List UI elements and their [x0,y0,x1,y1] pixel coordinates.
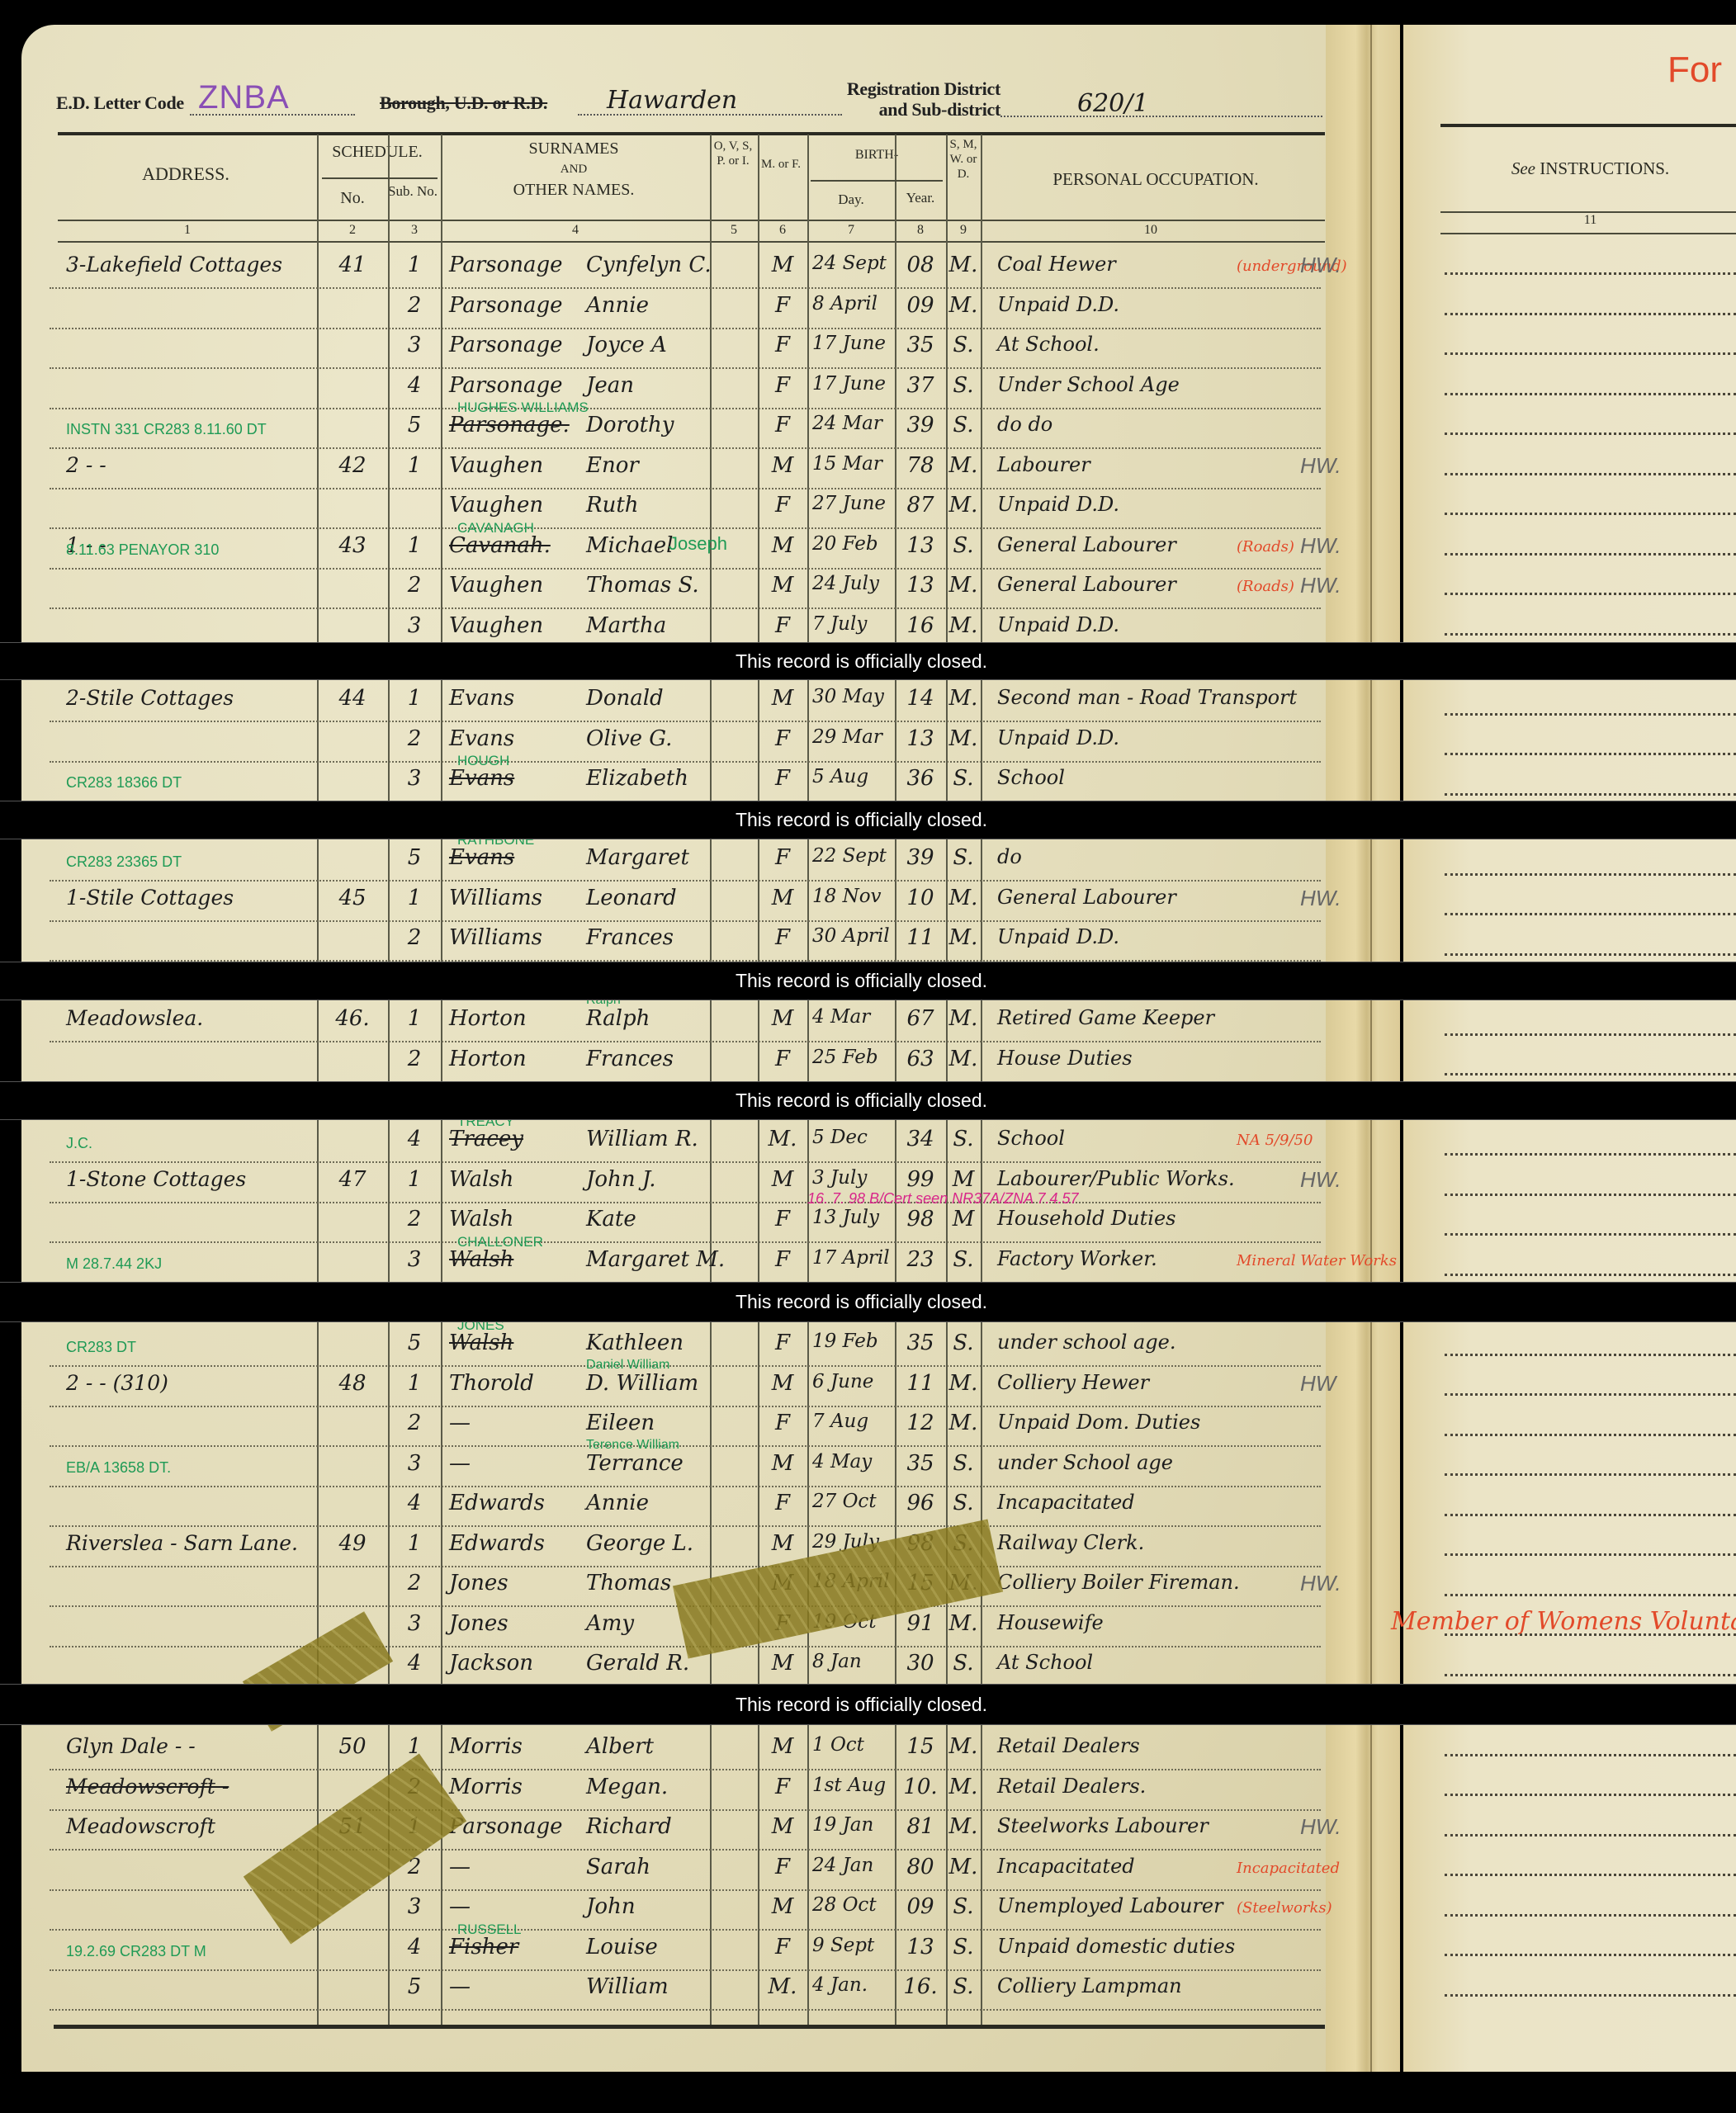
birth-day: 1 Oct [812,1734,864,1756]
occupation: Factory Worker. [997,1247,1157,1270]
col-header-surnames-2: AND [441,162,707,177]
forename: Frances [586,1047,674,1071]
right-page-line [1445,1994,1736,1997]
closed-record-bar: This record is officially closed. [0,642,1736,680]
surname: Evans [449,686,514,711]
closed-record-bar: This record is officially closed. [0,801,1736,839]
schedule-sub-number: 1 [388,1167,441,1192]
occupation: Unpaid D.D. [997,925,1119,948]
forename: D. William [586,1371,698,1396]
surname: Morris [449,1734,523,1759]
birth-day: 30 April [812,925,890,947]
table-row: Riverslea - Sarn Lane.491EdwardsGeorge L… [50,1526,1321,1567]
sex: M [758,686,807,711]
marital-status: M. [946,1006,981,1031]
forename: John J. [586,1167,656,1192]
right-page-line [1445,1794,1736,1796]
forename: Margaret [586,845,689,870]
occupation: Labourer/Public Works. [997,1167,1235,1190]
marital-status: M. [946,493,981,518]
occupation: General Labourer [997,573,1176,596]
surname: Morris [449,1775,523,1799]
closed-record-text: This record is officially closed. [736,1694,987,1715]
reg-district-label-2: and Sub-district [839,99,1000,120]
forename: Ruth [586,493,639,518]
marital-status: S. [946,1974,981,1999]
occupation: Retail Dealers [997,1734,1140,1757]
birth-year: 23 [895,1247,946,1272]
hw-mark: HW. [1300,886,1341,911]
col-header-birth: BIRTH- [807,147,946,163]
closed-record-text: This record is officially closed. [736,1090,987,1111]
sex: F [758,766,807,791]
right-page-line [1445,473,1736,475]
surname: Tracey [449,1127,523,1151]
margin-annotation: J.C. [66,1135,92,1152]
address-cell: 1-Stile Cottages [66,886,234,910]
table-row: 4JacksonGerald R.M8 Jan30S.At School [50,1646,1321,1687]
right-page-line [1445,1954,1736,1956]
schedule-subheader-rule [322,177,438,179]
right-page-line [1445,913,1736,915]
table-row: 2-Stile Cottages441EvansDonaldM30 May14M… [50,681,1321,722]
forename: Martha [586,613,666,638]
ed-code-dotted-line [190,114,355,116]
marital-status: S. [946,1247,981,1272]
table-row: 3—JohnM28 Oct09S.Unemployed Labourer(Ste… [50,1889,1321,1931]
hw-mark: HW. [1300,1167,1341,1193]
schedule-sub-number: 2 [388,1411,441,1435]
table-row: Meadowscroft511ParsonageRichardM19 Jan81… [50,1809,1321,1851]
occupation: Incapacitated [997,1855,1135,1878]
sex: M [758,453,807,478]
borough-value: Hawarden [607,86,737,115]
schedule-sub-number: 5 [388,1331,441,1355]
right-page-line [1445,1434,1736,1436]
marital-status: M. [946,726,981,751]
table-row: 4ParsonageJeanF17 June37S.Under School A… [50,368,1321,409]
birth-day: 20 Feb [812,533,878,555]
schedule-sub-number: 2 [388,1207,441,1231]
column-number-rule [58,241,1325,243]
birth-year: 13 [895,533,946,558]
surname: — [449,1451,471,1476]
schedule-sub-number: 2 [388,1571,441,1595]
birth-year: 96 [895,1491,946,1515]
right-page-line [1445,1514,1736,1516]
birth-year: 11 [895,1371,946,1396]
closed-record-bar: This record is officially closed. [0,962,1736,1000]
birth-year: 98 [895,1207,946,1231]
birth-day: 13 July [812,1207,879,1228]
schedule-sub-number: 5 [388,845,441,870]
occupation: Incapacitated [997,1491,1135,1514]
table-row: 2—EileenF7 Aug12M.Unpaid Dom. Duties [50,1406,1321,1447]
birth-day: 1st Aug [812,1775,886,1796]
schedule-sub-number: 1 [388,253,441,277]
occupation: Steelworks Labourer [997,1814,1209,1837]
sex: F [758,1855,807,1879]
address-cell: Meadowslea. [66,1006,203,1030]
birth-day: 5 Aug [812,766,868,787]
sex: M [758,1814,807,1839]
birth-year: 87 [895,493,946,518]
schedule-sub-number: 2 [388,726,441,751]
surname: Evans [449,726,514,751]
reg-district-label-1: Registration District [839,78,1000,99]
table-row: 2WalshKateF13 July98MHousehold Duties16.… [50,1202,1321,1243]
margin-annotation: INSTN 331 CR283 8.11.60 DT [66,421,267,438]
forename: Leonard [586,886,677,910]
ed-letter-code-stamp: ZNBA [198,79,290,116]
schedule-number: 48 [317,1371,388,1396]
birth-day: 24 Jan [812,1855,873,1876]
closed-record-text: This record is officially closed. [736,1291,987,1312]
forename: Donald [586,686,664,711]
forename: Olive G. [586,726,672,751]
marital-status: M. [946,253,981,277]
col-header-mf: M. or F. [758,157,804,172]
table-row: Glyn Dale - -501MorrisAlbertM1 Oct15M.Re… [50,1729,1321,1770]
header-bottom-rule [58,220,1325,221]
marital-status: M. [946,925,981,950]
sex: F [758,333,807,357]
column-number: 8 [895,223,946,238]
birth-year: 16. [895,1974,946,1999]
birth-correction: 16. 7. 98 B/Cert seen NR37A/ZNA 7.4.57 [807,1190,1079,1208]
column-number: 5 [710,223,758,238]
occupation: under School age [997,1451,1173,1474]
right-page-line [1445,1834,1736,1836]
schedule-sub-number: 1 [388,533,441,558]
table-row: M 28.7.44 2KJ3WalshCHALLONERMargaret M.F… [50,1242,1321,1283]
occupation: Unpaid D.D. [997,613,1119,636]
closed-record-bar: This record is officially closed. [0,1282,1736,1322]
schedule-number: 50 [317,1734,388,1759]
table-row: 2—SarahF24 Jan80M.IncapacitatedIncapacit… [50,1850,1321,1891]
schedule-sub-number: 2 [388,1047,441,1071]
closed-record-text: This record is officially closed. [736,650,987,672]
column-number: 9 [946,223,981,238]
birth-day: 7 Aug [812,1411,868,1432]
birth-subheader-rule [811,180,943,182]
birth-day: 17 June [812,333,886,354]
forename: Louise [586,1935,658,1959]
occupation: Unpaid D.D. [997,726,1119,749]
birth-day: 24 Mar [812,413,882,434]
birth-day: 27 Oct [812,1491,877,1512]
address-cell: 2 - - [66,453,106,477]
table-row: CR283 DT5WalshJONESKathleenF19 Feb35S.un… [50,1326,1321,1367]
sex: F [758,925,807,950]
birth-day: 30 May [812,686,884,707]
sex: M [758,1371,807,1396]
surname: Vaughen [449,493,543,518]
col-header-schedule: SCHEDULE. [317,142,438,162]
schedule-sub-number: 3 [388,1611,441,1636]
surname: Parsonage [449,293,563,318]
surname: Fisher [449,1935,518,1959]
surname: Parsonage [449,1814,563,1839]
marital-status: M. [946,573,981,598]
closed-record-text: This record is officially closed. [736,970,987,991]
sex: M [758,533,807,558]
table-row: 2EvansOlive G.F29 Mar13M.Unpaid D.D. [50,721,1321,763]
schedule-sub-number: 2 [388,293,441,318]
surname: Thorold [449,1371,534,1396]
hw-mark: HW. [1300,533,1341,559]
column-number: 7 [807,223,895,238]
right-page-line [1445,953,1736,956]
col-header-instructions: See INSTRUCTIONS. [1445,158,1736,179]
marital-status: M. [946,686,981,711]
birth-year: 99 [895,1167,946,1192]
forename: Thomas [586,1571,671,1595]
hw-mark: HW. [1300,573,1341,598]
surname: — [449,1974,471,1999]
address-cell: Meadowscroft - [66,1775,229,1799]
birth-year: 30 [895,1651,946,1676]
forename: Margaret M. [586,1247,725,1272]
surname: Evans [449,845,514,870]
surname: Jackson [449,1651,533,1676]
birth-day: 17 June [812,373,886,395]
right-page-line [1445,393,1736,395]
forename: Gerald R. [586,1651,689,1676]
sex: M [758,886,807,910]
occupation: Unpaid D.D. [997,493,1119,516]
table-row: Meadowslea.46.1HortonRalphRalphM4 Mar67M… [50,1001,1321,1042]
col-header-surnames-1: SURNAMES [441,139,707,158]
forename: Enor [586,453,639,478]
closed-record-bar: This record is officially closed. [0,1684,1736,1725]
birth-day: 17 April [812,1247,890,1269]
col-header-address: ADDRESS. [58,163,314,185]
forename: Terrance [586,1451,684,1476]
table-row: 2HortonFrancesF25 Feb63M.House Duties [50,1042,1321,1083]
right-table-top-rule [1440,124,1736,127]
forename: John [586,1894,636,1919]
birth-year: 11 [895,925,946,950]
forename: Kate [586,1207,636,1231]
birth-day: 27 June [812,493,886,514]
right-page-line [1445,1233,1736,1236]
sex: M [758,1651,807,1676]
birth-year: 13 [895,726,946,751]
forename: Amy [586,1611,634,1636]
sex: M [758,1894,807,1919]
margin-annotation: CR283 DT [66,1339,136,1356]
birth-year: 80 [895,1855,946,1879]
sex: M [758,573,807,598]
table-row: CR283 18366 DT3EvansHOUGHElizabethF5 Aug… [50,761,1321,802]
schedule-number: 47 [317,1167,388,1192]
marital-status: M. [946,293,981,318]
marital-status: S. [946,1894,981,1919]
schedule-sub-number: 3 [388,1247,441,1272]
table-row: 2WilliamsFrancesF30 April11M.Unpaid D.D. [50,920,1321,962]
marital-status: M. [946,1047,981,1071]
schedule-sub-number: 1 [388,1371,441,1396]
sex: M. [758,1974,807,1999]
right-page-line [1445,1674,1736,1676]
right-page-line [1445,873,1736,876]
schedule-number: 44 [317,686,388,711]
marital-status: S. [946,1127,981,1151]
marital-status: M [946,1167,981,1192]
schedule-number: 41 [317,253,388,277]
birth-year: 81 [895,1814,946,1839]
occupation-annotation: Incapacitated [1237,1860,1340,1877]
occupation-annotation: (Steelworks) [1237,1899,1332,1917]
surname: Walsh [449,1247,513,1272]
right-page-line [1445,1594,1736,1596]
marital-status: M. [946,613,981,638]
birth-day: 7 July [812,613,867,635]
margin-annotation: EB/A 13658 DT. [66,1459,171,1477]
table-row: 19.2.69 CR283 DT M4FisherRUSSELLLouiseF9… [50,1930,1321,1971]
forename: Cynfelyn C. [586,253,712,277]
occupation: Under School Age [997,373,1180,396]
address-cell: 3-Lakefield Cottages [66,253,282,277]
col-header-year: Year. [895,190,946,206]
birth-year: 63 [895,1047,946,1071]
sex: M. [758,1127,807,1151]
right-page-line [1445,272,1736,275]
table-row: 4EdwardsAnnieF27 Oct96S.Incapacitated [50,1486,1321,1527]
hw-mark: HW. [1300,453,1341,479]
forename: Annie [586,293,649,318]
surname: Walsh [449,1331,513,1355]
marital-status: S. [946,373,981,398]
marital-status: M. [946,1775,981,1799]
schedule-sub-number: 3 [388,613,441,638]
birth-day: 8 Jan [812,1651,862,1672]
table-row: 2VaughenThomas S.M24 July13M.General Lab… [50,568,1321,609]
occupation: Retail Dealers. [997,1775,1146,1798]
marital-status: S. [946,1451,981,1476]
occupation: Unpaid Dom. Duties [997,1411,1200,1434]
birth-year: 13 [895,573,946,598]
schedule-sub-number: 1 [388,686,441,711]
occupation: Household Duties [997,1207,1175,1230]
birth-day: 4 Mar [812,1006,870,1028]
right-page-line [1445,1914,1736,1917]
right-page-line [1445,1274,1736,1276]
right-page-line [1445,1194,1736,1196]
occupation: do [997,845,1022,868]
table-row: 2 - - (310)481ThoroldD. WilliamDaniel Wi… [50,1366,1321,1407]
birth-day: 5 Dec [812,1127,868,1148]
col-header-marital-status: S, M, W. or D. [949,137,977,182]
schedule-sub-number: 3 [388,333,441,357]
occupation: At School [997,1651,1093,1674]
sex: F [758,1491,807,1515]
birth-year: 10 [895,886,946,910]
marital-status: M. [946,1814,981,1839]
table-row: EB/A 13658 DT.3—TerranceTerence WilliamM… [50,1446,1321,1487]
forename: George L. [586,1531,693,1556]
forename: Ralph [586,1006,650,1031]
table-row: 1-Stone Cottages471WalshJohn J.M3 July99… [50,1162,1321,1203]
birth-year: 35 [895,1451,946,1476]
marital-status: S. [946,845,981,870]
marital-status: M. [946,1371,981,1396]
occupation: General Labourer [997,886,1176,909]
birth-year: 16 [895,613,946,638]
address-cell: Meadowscroft [66,1814,215,1838]
surname: Horton [449,1006,527,1031]
right-page-line [1445,1473,1736,1476]
sex: F [758,1935,807,1959]
occupation: Retired Game Keeper [997,1006,1214,1029]
occupation: Colliery Boiler Fireman. [997,1571,1240,1594]
sex: M [758,1006,807,1031]
marital-status: M. [946,1734,981,1759]
schedule-sub-number: 1 [388,886,441,910]
address-cell: 1-Stone Cottages [66,1167,246,1191]
surname-correction: RUSSELL [457,1922,521,1938]
birth-year: 35 [895,1331,946,1355]
reg-district-dotted-line [1000,116,1322,117]
margin-annotation: 19.2.69 CR283 DT M [66,1943,206,1960]
forename-addition: Joseph [669,533,727,555]
birth-year: 10. [895,1775,946,1799]
table-top-rule [58,132,1325,135]
birth-year: 14 [895,686,946,711]
surname: Vaughen [449,573,543,598]
column-number: 2 [317,223,388,238]
birth-year: 78 [895,453,946,478]
binding-spine [1370,25,1372,2072]
sex: F [758,373,807,398]
schedule-sub-number: 3 [388,766,441,791]
table-row: INSTN 331 CR283 8.11.60 DT5Parsonage.HUG… [50,408,1321,449]
sex: F [758,1775,807,1799]
sex: F [758,1207,807,1231]
surname-correction: CAVANAGH [457,520,534,537]
borough-dotted-line [578,114,842,116]
occupation: Unpaid domestic duties [997,1935,1235,1958]
marital-status: S. [946,333,981,357]
col-header-schedule-no: No. [317,188,388,208]
instructions-see: See [1511,158,1535,178]
marital-status: M. [946,1855,981,1879]
forename: Joyce A [586,333,667,357]
column-number: 6 [758,223,807,238]
right-page-line [1445,1393,1736,1396]
surname: Vaughen [449,613,543,638]
marital-status: S. [946,1491,981,1515]
schedule-sub-number: 3 [388,1894,441,1919]
marital-status: M. [946,453,981,478]
surname: Edwards [449,1531,545,1556]
birth-day: 29 Mar [812,726,882,748]
forename-correction: Terence William [586,1438,679,1453]
occupation: Unpaid D.D. [997,293,1119,316]
column-number: 3 [388,223,441,238]
forename: Elizabeth [586,766,688,791]
sex: F [758,413,807,437]
forename: Thomas S. [586,573,699,598]
birth-year: 39 [895,845,946,870]
hw-mark: HW. [1300,1571,1341,1596]
occupation: Colliery Lampman [997,1974,1182,1997]
margin-annotation: M 28.7.44 2KJ [66,1255,162,1273]
occupation: School [997,1127,1065,1150]
right-page-line [1445,352,1736,355]
birth-year: 91 [895,1611,946,1636]
